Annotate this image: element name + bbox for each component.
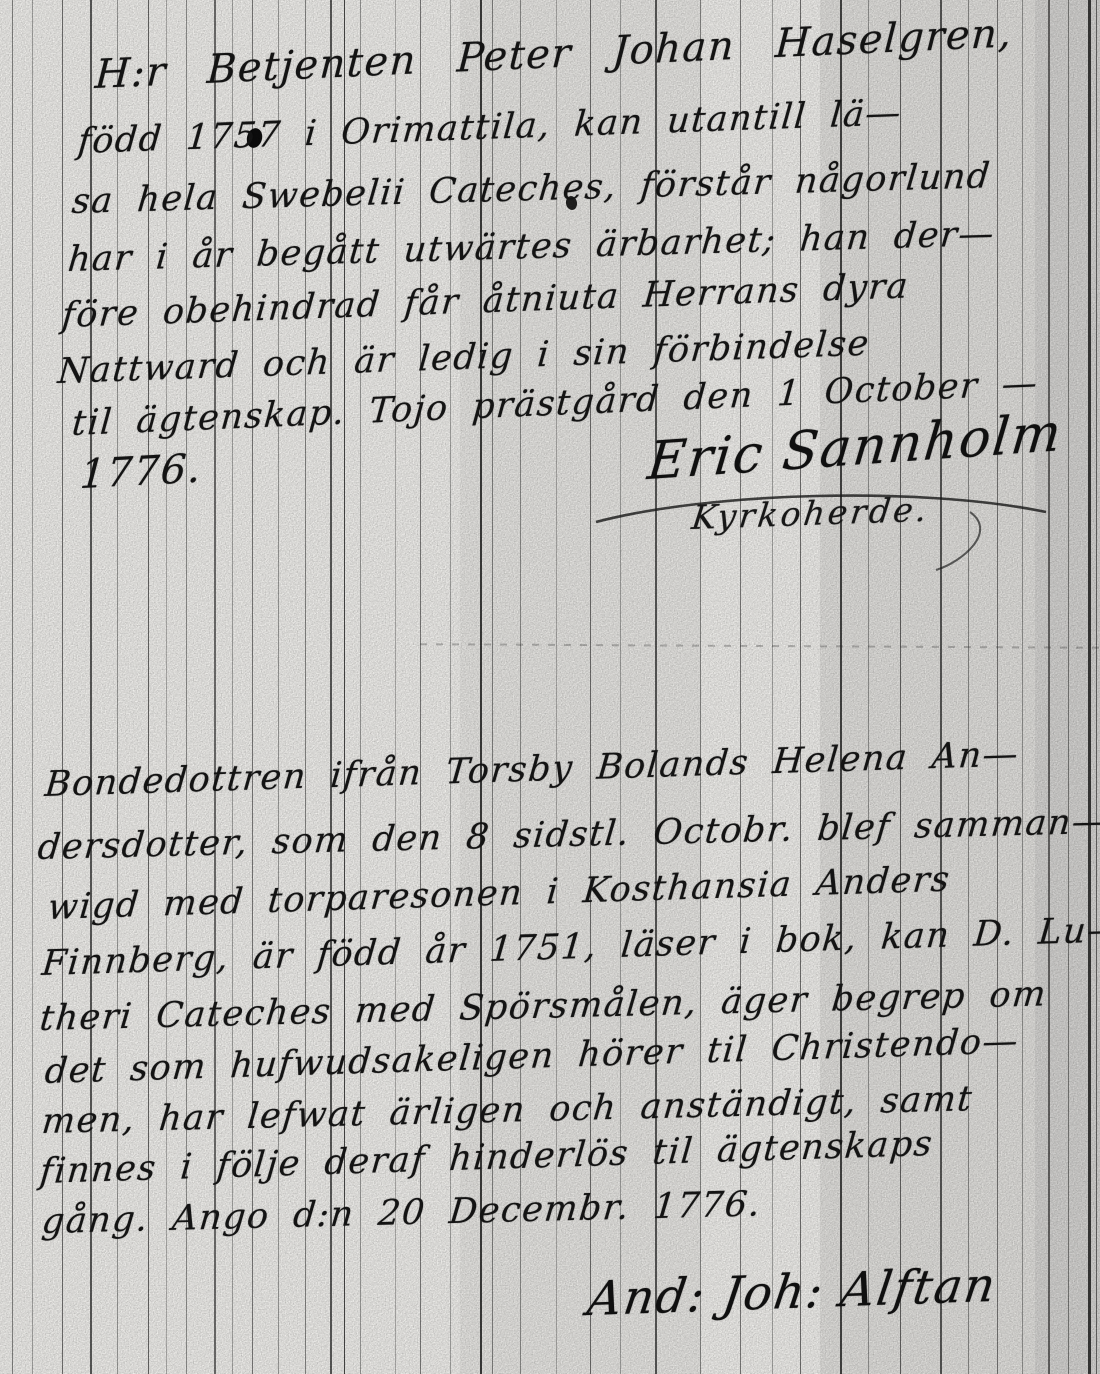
paper-streak — [1022, 0, 1023, 1374]
paper-streak — [900, 0, 901, 1374]
paper-streak — [1048, 0, 1050, 1374]
paper-streak — [1068, 0, 1069, 1374]
paper-streak — [868, 0, 869, 1374]
paper-streak — [1096, 0, 1097, 1374]
paper-streak — [997, 0, 998, 1374]
paper-streak — [12, 0, 13, 1374]
manuscript-line: 1776. — [78, 445, 203, 498]
paper-streak — [968, 0, 969, 1374]
paper-streak — [1088, 0, 1091, 1374]
scanned-document-page: H:r Betjenten Peter Johan Haselgren, föd… — [0, 0, 1100, 1374]
paper-streak — [32, 0, 33, 1374]
paper-streak — [840, 0, 842, 1374]
paper-streak — [940, 0, 942, 1374]
